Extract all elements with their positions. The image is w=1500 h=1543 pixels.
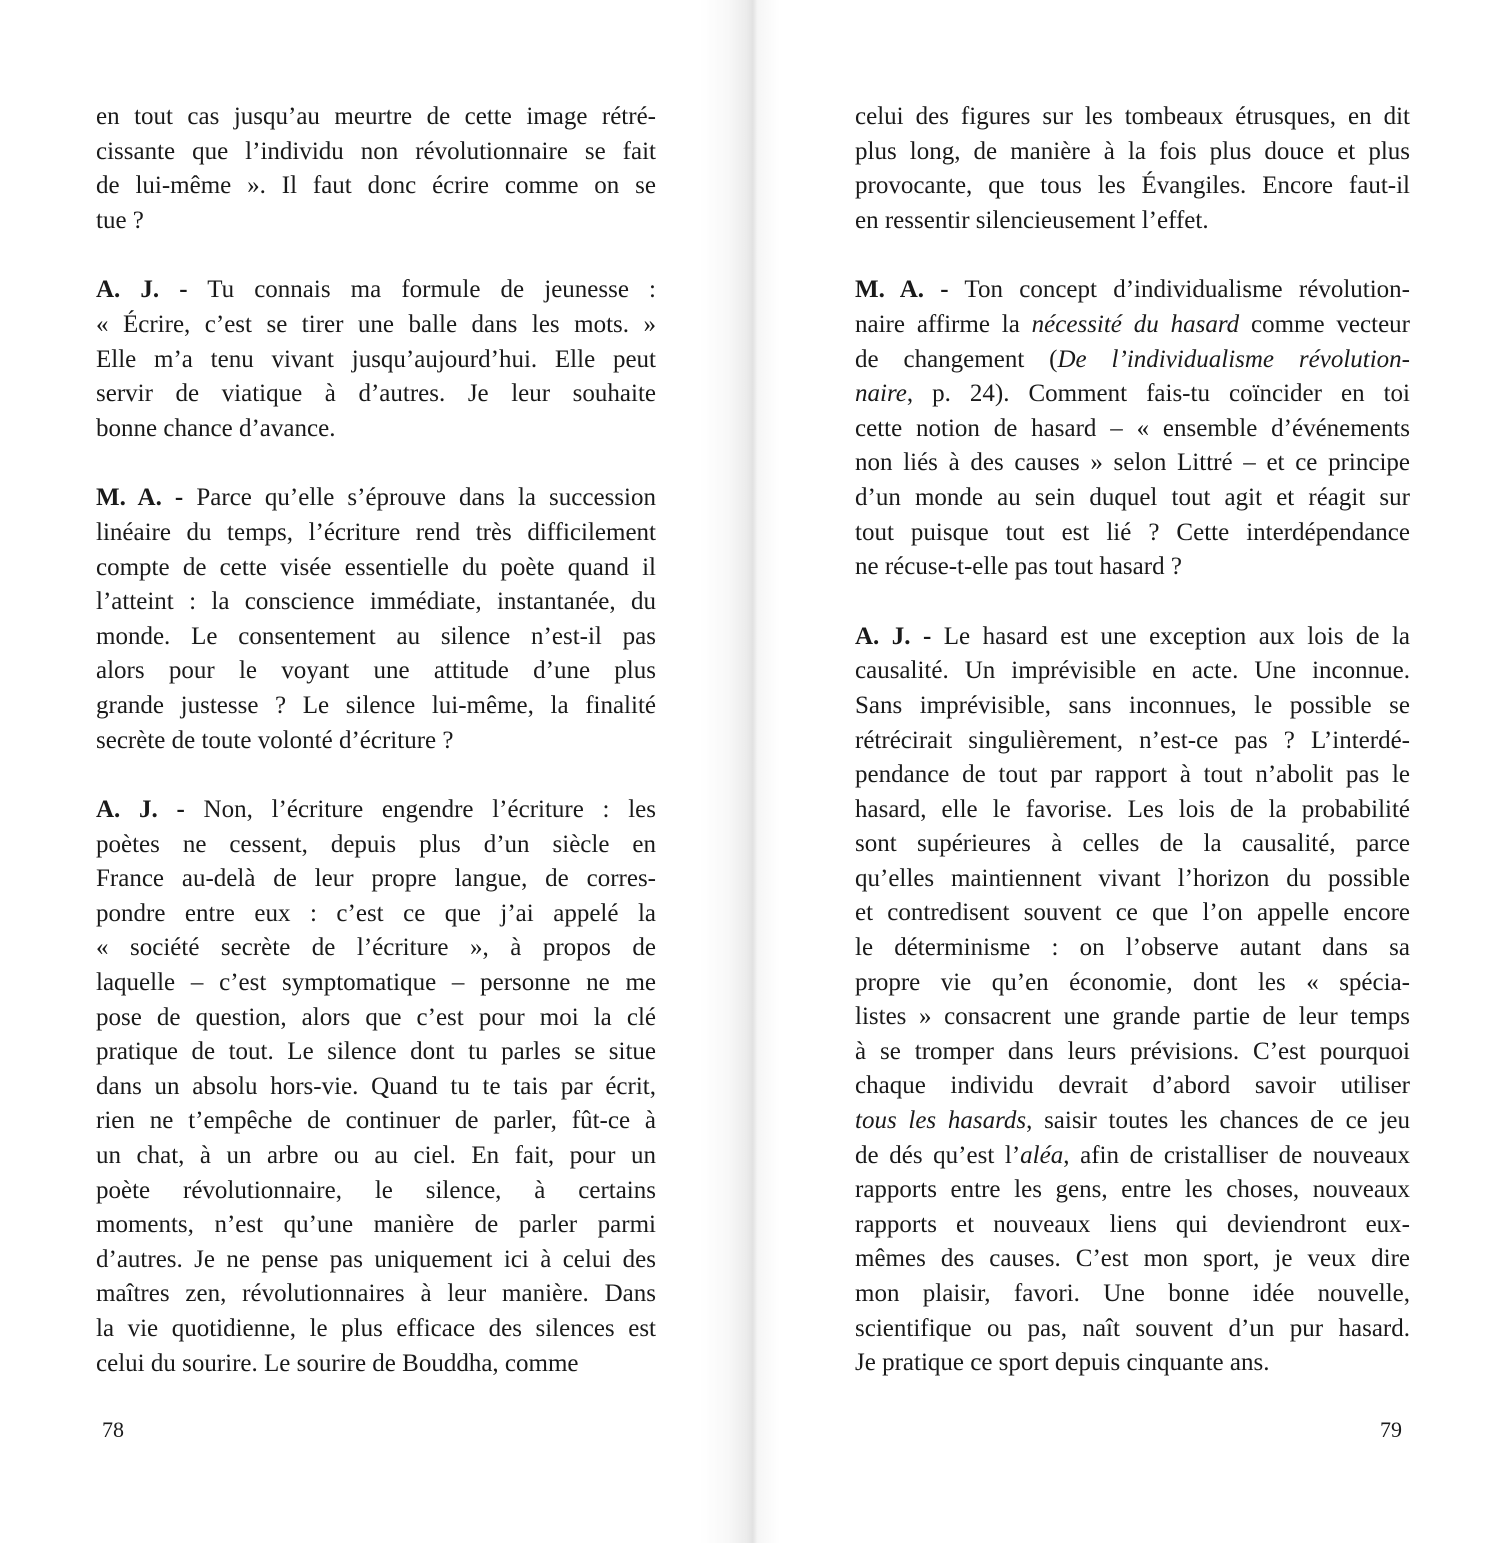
text-line: pendance de tout par rapport à tout n’ab… [855,758,1410,793]
text-line: monde. Le consentement au silence n’est-… [96,620,656,655]
text-line: compte de cette visée essentielle du poè… [96,551,656,586]
dialogue-paragraph: A. J. - Le hasard est une exception aux … [855,620,1410,1381]
text-line: celui du sourire. Le sourire de Bouddha,… [96,1347,656,1382]
text-line: cissante que l’individu non révolutionna… [96,135,656,170]
page-number-right: 79 [1380,1417,1402,1443]
speaker-label: M. A. - [855,276,949,303]
text-line: causalité. Un imprévisible en acte. Une … [855,654,1410,689]
text-line: « Écrire, c’est se tirer une balle dans … [96,308,656,343]
text-line: pose de question, alors que c’est pour m… [96,1001,656,1036]
text-line: A. J. - Le hasard est une exception aux … [855,620,1410,655]
text-line: laquelle – c’est symptomatique – personn… [96,966,656,1001]
text-line: poètes ne cessent, depuis plus d’un sièc… [96,828,656,863]
text-line: hasard, elle le favorise. Les lois de la… [855,793,1410,828]
text-line: maîtres zen, révolutionnaires à leur man… [96,1277,656,1312]
text-line: pratique de tout. Le silence dont tu par… [96,1035,656,1070]
text-line: de changement (De l’individualisme révol… [855,343,1410,378]
text-line: et contredisent souvent ce que l’on appe… [855,896,1410,931]
text-line: chaque individu devrait d’abord savoir u… [855,1069,1410,1104]
text-line: la vie quotidienne, le plus efficace des… [96,1312,656,1347]
text-line: A. J. - Non, l’écriture engendre l’écrit… [96,793,656,828]
text-line: tous les hasards, saisir toutes les chan… [855,1104,1410,1139]
italic-text: aléa [1020,1142,1063,1169]
text-line: sont supérieures à celles de la causalit… [855,827,1410,862]
italic-text: naire [855,380,907,407]
text-line: dans un absolu hors-vie. Quand tu te tai… [96,1070,656,1105]
text-line: en ressentir silencieusement l’effet. [855,204,1410,239]
text-line: secrète de toute volonté d’écriture ? [96,724,656,759]
text-line: Sans imprévisible, sans inconnues, le po… [855,689,1410,724]
text-line: moments, n’est qu’une manière de parler … [96,1208,656,1243]
text-line: servir de viatique à d’autres. Je leur s… [96,377,656,412]
page-number-left: 78 [102,1417,124,1443]
text-line: naire affirme la nécessité du hasard com… [855,308,1410,343]
text-line: plus long, de manière à la fois plus dou… [855,135,1410,170]
text-line: Je pratique ce sport depuis cinquante an… [855,1346,1410,1381]
text-line: tue ? [96,204,656,239]
text-line: de dés qu’est l’aléa, afin de cristallis… [855,1139,1410,1174]
italic-text: De l’individualisme révolution- [1058,346,1411,373]
text-line: poète révolutionnaire, le silence, à cer… [96,1174,656,1209]
text-line: d’un monde au sein duquel tout agit et r… [855,481,1410,516]
dialogue-paragraph: M. A. - Ton concept d’individualisme rév… [855,273,1410,584]
text-line: pondre entre eux : c’est ce que j’ai app… [96,897,656,932]
text-line: à se tromper dans leurs prévisions. C’es… [855,1035,1410,1070]
text-line: qu’elles maintiennent vivant l’horizon d… [855,862,1410,897]
text-line: un chat, à un arbre ou au ciel. En fait,… [96,1139,656,1174]
text-line: de lui-même ». Il faut donc écrire comme… [96,169,656,204]
text-line: mêmes des causes. C’est mon sport, je ve… [855,1242,1410,1277]
text-line: naire, p. 24). Comment fais-tu coïncider… [855,377,1410,412]
text-line: A. J. - Tu connais ma formule de jeuness… [96,273,656,308]
dialogue-paragraph: celui des figures sur les tombeaux étrus… [855,100,1410,238]
dialogue-paragraph: A. J. - Tu connais ma formule de jeuness… [96,273,656,446]
left-page: en tout cas jusqu’au meurtre de cette im… [96,100,656,1416]
text-line: en tout cas jusqu’au meurtre de cette im… [96,100,656,135]
text-line: propre vie qu’en économie, dont les « sp… [855,966,1410,1001]
italic-text: nécessité du hasard [1032,311,1239,338]
text-line: « société secrète de l’écriture », à pro… [96,931,656,966]
text-line: rapports entre les gens, entre les chose… [855,1173,1410,1208]
text-line: provocante, que tous les Évangiles. Enco… [855,169,1410,204]
dialogue-paragraph: A. J. - Non, l’écriture engendre l’écrit… [96,793,656,1381]
text-line: France au-delà de leur propre langue, de… [96,862,656,897]
text-line: rapports et nouveaux liens qui deviendro… [855,1208,1410,1243]
text-line: rétrécirait singulièrement, n’est-ce pas… [855,724,1410,759]
text-line: linéaire du temps, l’écriture rend très … [96,516,656,551]
right-page: celui des figures sur les tombeaux étrus… [855,100,1410,1416]
text-line: non liés à des causes » selon Littré – e… [855,446,1410,481]
speaker-label: M. A. - [96,484,183,511]
text-line: listes » consacrent une grande partie de… [855,1000,1410,1035]
book-gutter [700,0,780,1543]
text-line: ne récuse-t-elle pas tout hasard ? [855,550,1410,585]
text-line: mon plaisir, favori. Une bonne idée nouv… [855,1277,1410,1312]
text-line: bonne chance d’avance. [96,412,656,447]
dialogue-paragraph: en tout cas jusqu’au meurtre de cette im… [96,100,656,238]
text-line: rien ne t’empêche de continuer de parler… [96,1104,656,1139]
speaker-label: A. J. - [96,276,188,303]
text-line: M. A. - Parce qu’elle s’éprouve dans la … [96,481,656,516]
text-line: Elle m’a tenu vivant jusqu’aujourd’hui. … [96,343,656,378]
italic-text: tous les hasards [855,1107,1026,1134]
dialogue-paragraph: M. A. - Parce qu’elle s’éprouve dans la … [96,481,656,758]
text-line: scientifique ou pas, naît souvent d’un p… [855,1312,1410,1347]
speaker-label: A. J. - [855,623,931,650]
text-line: alors pour le voyant une attitude d’une … [96,654,656,689]
text-line: l’atteint : la conscience immédiate, ins… [96,585,656,620]
speaker-label: A. J. - [96,796,185,823]
book-spread: en tout cas jusqu’au meurtre de cette im… [0,0,1500,1543]
text-line: tout puisque tout est lié ? Cette interd… [855,516,1410,551]
text-line: le déterminisme : on l’observe autant da… [855,931,1410,966]
text-line: grande justesse ? Le silence lui-même, l… [96,689,656,724]
text-line: cette notion de hasard – « ensemble d’év… [855,412,1410,447]
text-line: M. A. - Ton concept d’individualisme rév… [855,273,1410,308]
text-line: d’autres. Je ne pense pas uniquement ici… [96,1243,656,1278]
text-line: celui des figures sur les tombeaux étrus… [855,100,1410,135]
